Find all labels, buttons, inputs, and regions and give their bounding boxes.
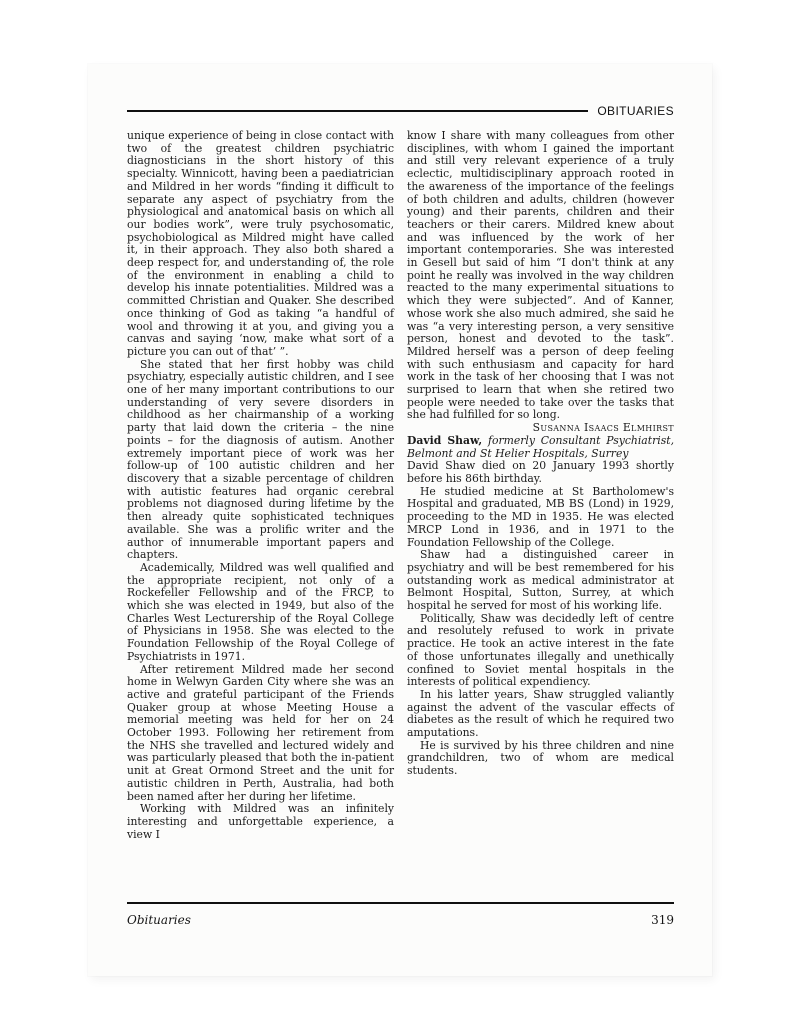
obituary-subject-name: David Shaw, <box>407 434 482 447</box>
paragraph: After retirement Mildred made her second… <box>127 664 394 804</box>
paragraph: know I share with many colleagues from o… <box>407 130 674 422</box>
page-footer: Obituaries 319 <box>127 913 674 927</box>
paragraph: He is survived by his three children and… <box>407 740 674 778</box>
left-column: unique experience of being in close cont… <box>127 130 394 841</box>
paragraph: Academically, Mildred was well qualified… <box>127 562 394 664</box>
paragraph: In his latter years, Shaw struggled vali… <box>407 689 674 740</box>
paragraph: Shaw had a distinguished career in psych… <box>407 549 674 613</box>
paragraph: unique experience of being in close cont… <box>127 130 394 359</box>
header-rule <box>127 110 588 112</box>
journal-page: OBITUARIES unique experience of being in… <box>88 64 712 976</box>
obituary-heading: David Shaw, formerly Consultant Psychiat… <box>407 435 674 460</box>
paragraph: He studied medicine at St Bartholomew's … <box>407 486 674 550</box>
paragraph: Working with Mildred was an infinitely i… <box>127 803 394 841</box>
footer-section-label: Obituaries <box>127 913 191 927</box>
text-columns: unique experience of being in close cont… <box>127 130 674 841</box>
paragraph: Politically, Shaw was decidedly left of … <box>407 613 674 689</box>
page-header: OBITUARIES <box>127 104 674 118</box>
footer-rule <box>127 902 674 904</box>
right-column: know I share with many colleagues from o… <box>407 130 674 841</box>
page-number: 319 <box>651 913 674 927</box>
running-head-title: OBITUARIES <box>597 104 674 118</box>
paragraph: She stated that her first hobby was chil… <box>127 359 394 562</box>
paragraph: David Shaw died on 20 January 1993 short… <box>407 460 674 485</box>
